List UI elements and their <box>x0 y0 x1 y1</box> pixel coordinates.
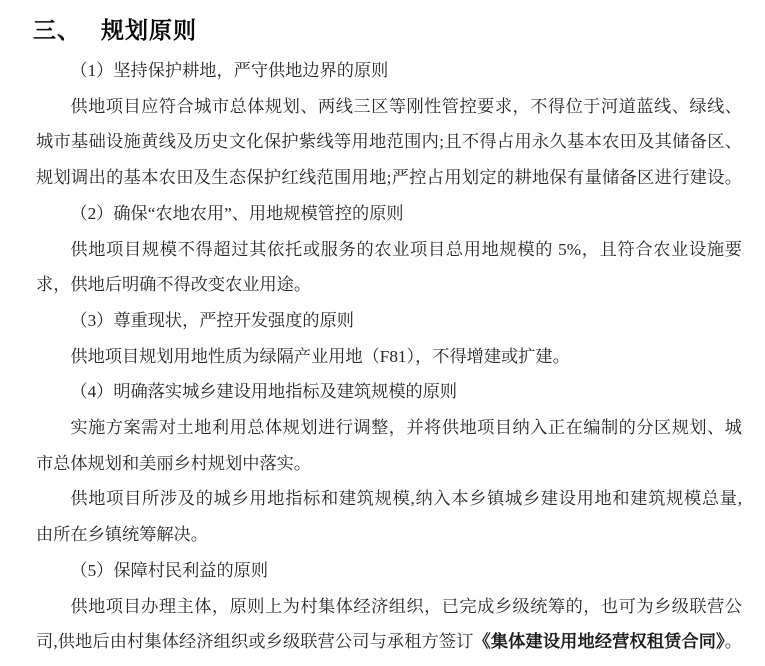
section-heading: 三、规划原则 <box>36 15 742 45</box>
principle-5-body-line-1: 供地项目办理主体，原则上为村集体经济组织，已完成乡级统筹的，也可为乡级联营公 <box>36 589 742 625</box>
contract-title-bold: 《集体建设用地经营权租赁合同》 <box>474 632 725 651</box>
document-page: 三、规划原则 （1）坚持保护耕地，严守供地边界的原则 供地项目应符合城市总体规划… <box>0 0 765 666</box>
principle-1-body-line-1: 供地项目应符合城市总体规划、两线三区等刚性管控要求，不得位于河道蓝线、绿线、 <box>36 89 742 125</box>
principle-3-body-line-1: 供地项目规划用地性质为绿隔产业用地（F81），不得增建或扩建。 <box>36 339 742 375</box>
principle-2-heading: （2）确保“农地农用”、用地规模管控的原则 <box>36 196 742 232</box>
principle-4-body2-line-1: 供地项目所涉及的城乡用地指标和建筑规模,纳入本乡镇城乡建设用地和建筑规模总量, <box>36 481 742 517</box>
principle-1-body-line-3: 规划调出的基本农田及生态保护红线范围用地;严控占用划定的耕地保有量储备区进行建设… <box>36 160 742 196</box>
principle-1-heading: （1）坚持保护耕地，严守供地边界的原则 <box>36 53 742 89</box>
principle-1-body-line-2: 城市基础设施黄线及历史文化保护紫线等用地范围内;且不得占用永久基本农田及其储备区… <box>36 124 742 160</box>
principle-4-heading: （4）明确落实城乡建设用地指标及建筑规模的原则 <box>36 374 742 410</box>
principle-4-body-line-1: 实施方案需对土地利用总体规划进行调整，并将供地项目纳入正在编制的分区规划、城 <box>36 410 742 446</box>
principle-2-body-line-1: 供地项目规模不得超过其依托或服务的农业项目总用地规模的 5%，且符合农业设施要 <box>36 232 742 268</box>
section-title: 规划原则 <box>101 17 197 43</box>
principle-4-body2-line-2: 由所在乡镇统筹解决。 <box>36 517 742 553</box>
contract-sentence-prefix: 司,供地后由村集体经济组织或乡级联营公司与承租方签订 <box>36 632 474 651</box>
principle-5-body-line-2: 司,供地后由村集体经济组织或乡级联营公司与承租方签订《集体建设用地经营权租赁合同… <box>36 624 742 660</box>
contract-sentence-suffix: 。 <box>725 632 742 651</box>
document-body: （1）坚持保护耕地，严守供地边界的原则 供地项目应符合城市总体规划、两线三区等刚… <box>36 53 742 660</box>
principle-4-body-line-2: 市总体规划和美丽乡村规划中落实。 <box>36 446 742 482</box>
section-number: 三、 <box>33 15 81 45</box>
principle-3-heading: （3）尊重现状，严控开发强度的原则 <box>36 303 742 339</box>
principle-5-heading: （5）保障村民利益的原则 <box>36 553 742 589</box>
principle-2-body-line-2: 求，供地后明确不得改变农业用途。 <box>36 267 742 303</box>
